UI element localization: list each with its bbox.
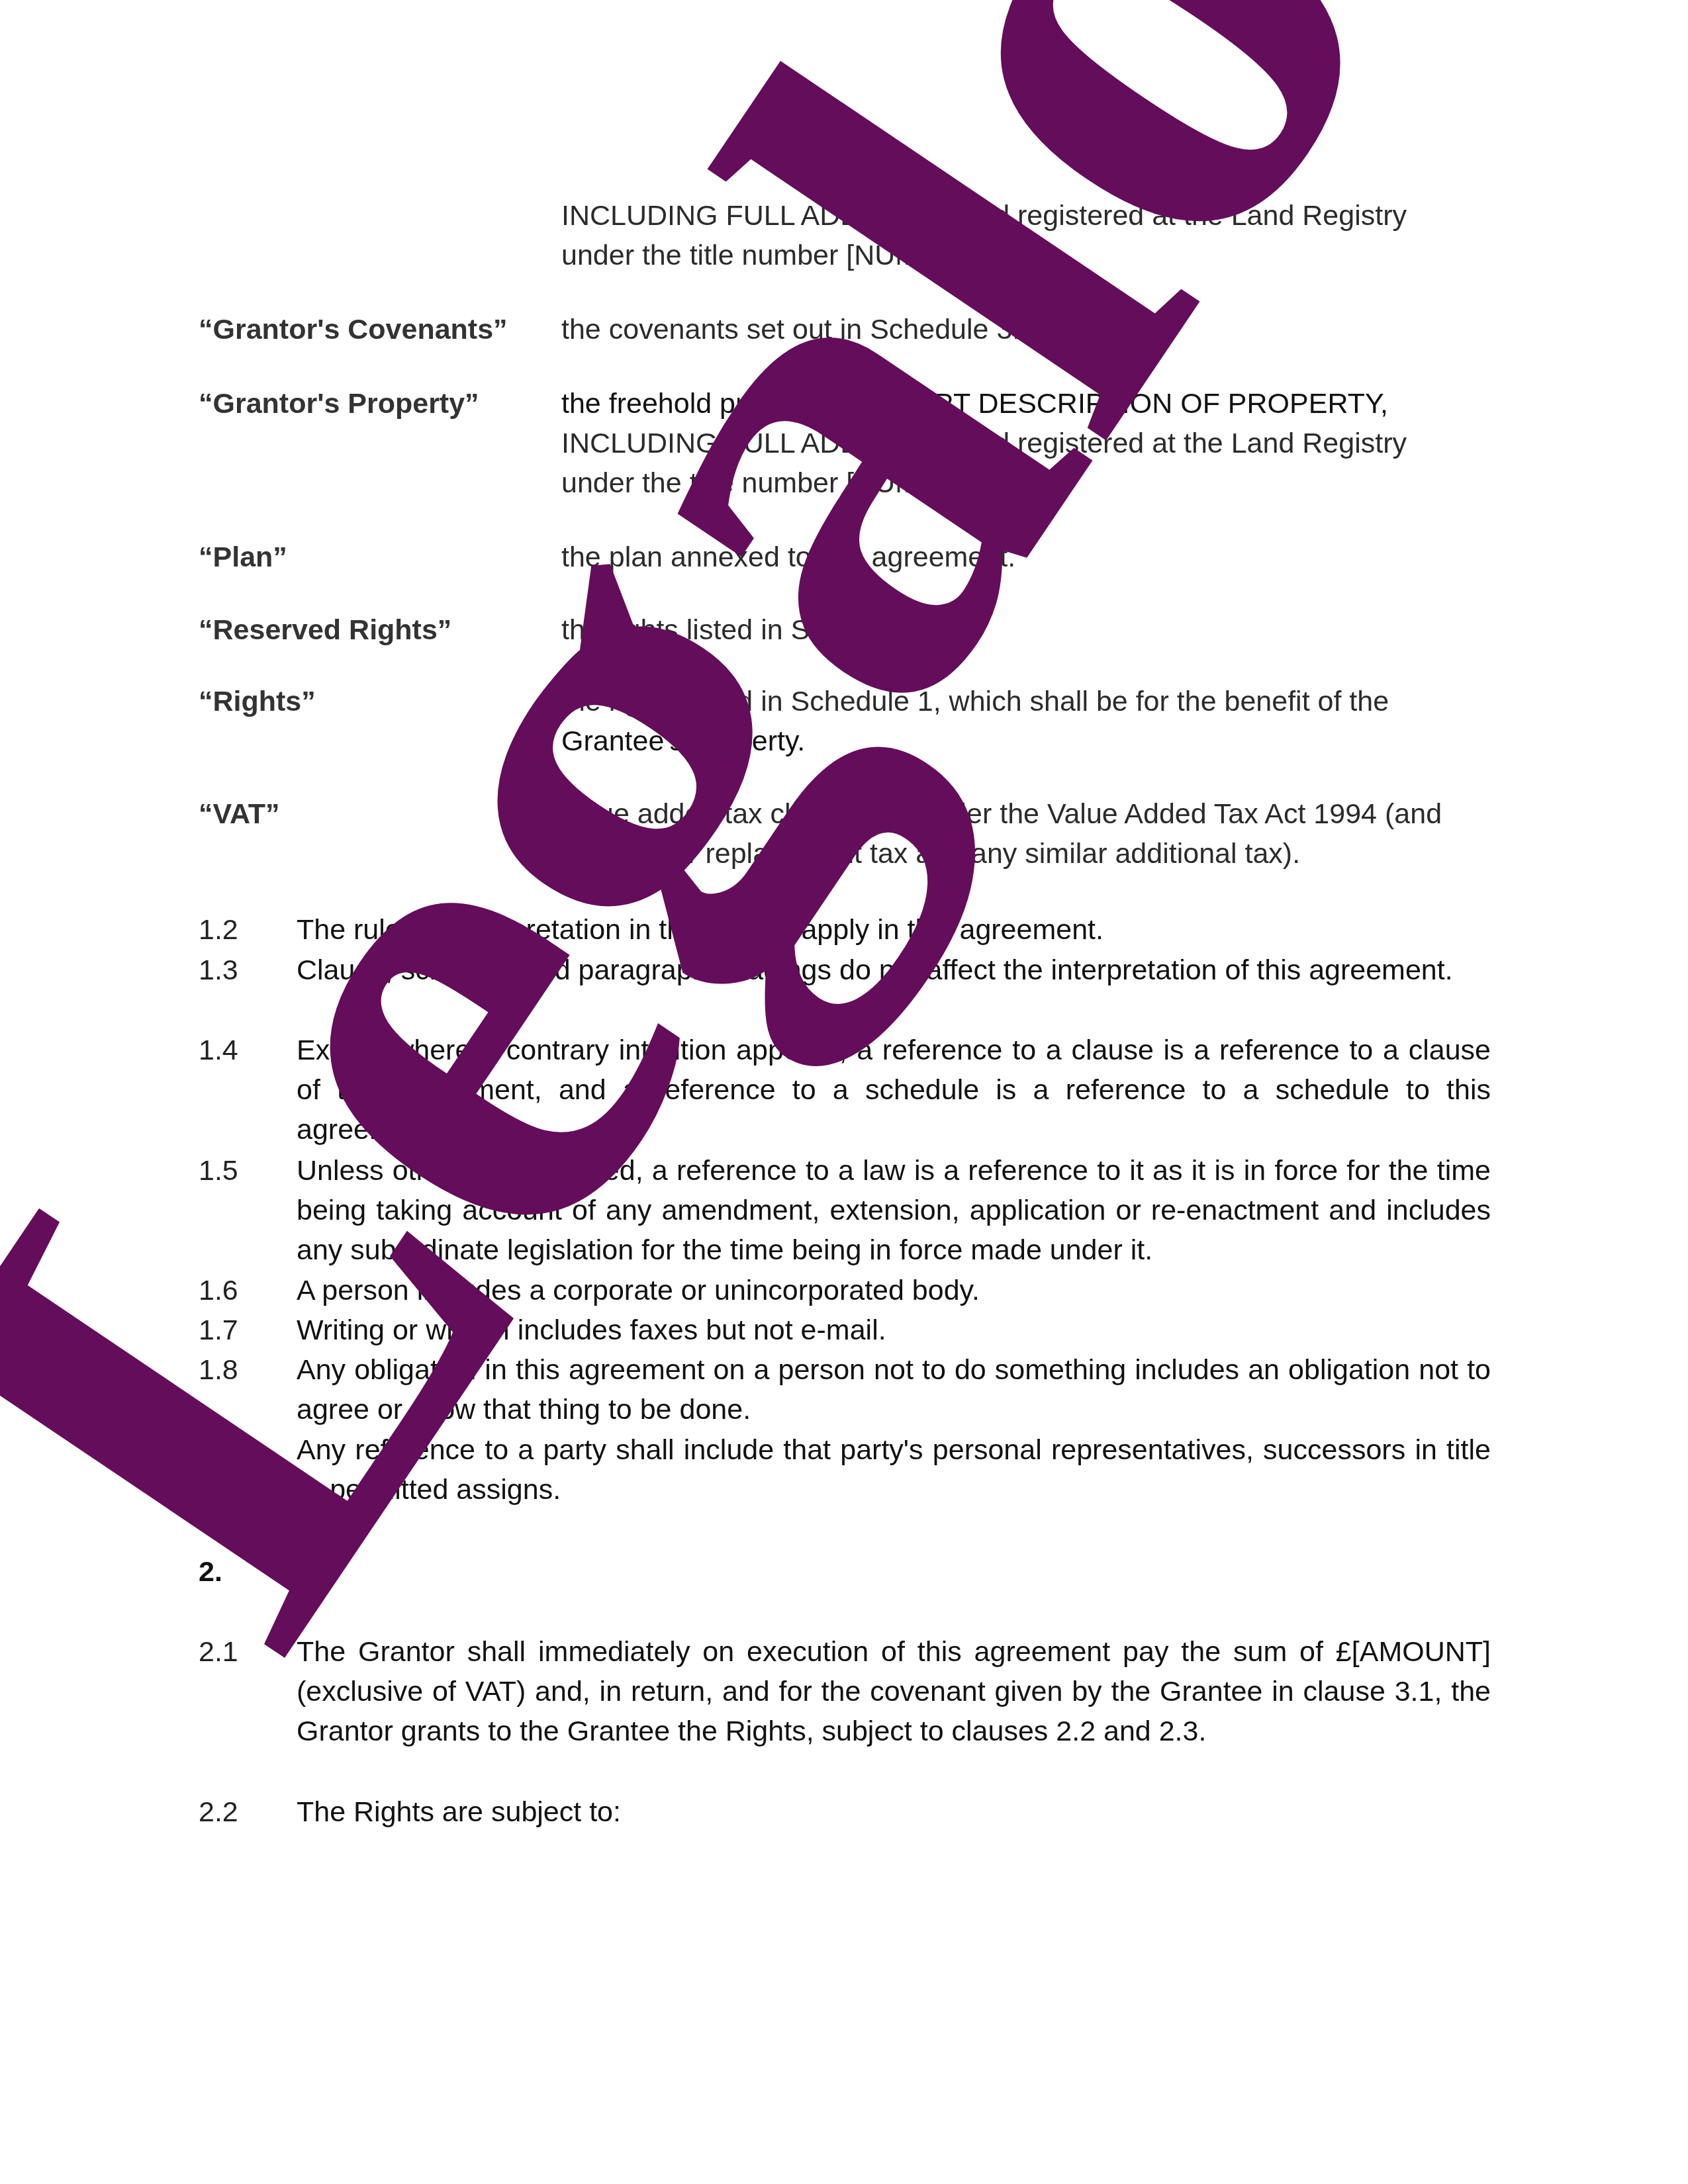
- definition-rights: the rights listed in Schedule 1, which s…: [561, 682, 1491, 761]
- section-title: G: [297, 1552, 318, 1592]
- definition-line: INCLUDING FULL ADDRESS] [and registered …: [561, 424, 1491, 463]
- definition-line: the rights listed in Schedule 1, which s…: [561, 682, 1491, 721]
- definition-line: the freehold property at [SHORT DESCRIPT…: [561, 384, 1491, 424]
- definition-line: INCLUDING FULL ADDRESS] [and registered …: [561, 196, 1491, 236]
- clause-number: 2.2: [199, 1792, 238, 1832]
- definition-term-grantors-covenants: “Grantor's Covenants”: [199, 310, 508, 349]
- clause-text: The Grantor shall immediately on executi…: [297, 1632, 1491, 1751]
- clause-text: Any obligation in this agreement on a pe…: [297, 1350, 1491, 1430]
- definition-continuation: INCLUDING FULL ADDRESS] [and registered …: [561, 196, 1491, 275]
- clause-text: Clause, schedule and paragraph headings …: [297, 950, 1491, 990]
- clause-number: 1.8: [199, 1350, 238, 1390]
- definition-line: under the title number [NUMBER]].: [561, 463, 1491, 503]
- clause-text: A person includes a corporate or unincor…: [297, 1271, 1491, 1310]
- definition-term-grantors-property: “Grantor's Property”: [199, 384, 479, 424]
- clause-text: Writing or written includes faxes but no…: [297, 1310, 1491, 1350]
- clause-number: 1.9: [199, 1430, 238, 1470]
- clause-number: 1.5: [199, 1151, 238, 1191]
- definition-term-plan: “Plan”: [199, 537, 287, 577]
- clause-number: 1.3: [199, 950, 238, 990]
- definition-line: any similar replacement tax and any simi…: [561, 834, 1491, 874]
- clause-number: 1.4: [199, 1030, 238, 1070]
- clause-text: Except where a contrary intention appear…: [297, 1030, 1491, 1150]
- clause-number: 1.7: [199, 1310, 238, 1350]
- clause-number: 1.6: [199, 1271, 238, 1310]
- clause-text: The rules of interpretation in this clau…: [297, 910, 1491, 950]
- section-number: 2.: [199, 1552, 222, 1592]
- definition-line: the plan annexed to this agreement.: [561, 537, 1491, 577]
- document-page: INCLUDING FULL ADDRESS] [and registered …: [0, 0, 1688, 2184]
- definition-term-reserved-rights: “Reserved Rights”: [199, 610, 451, 650]
- clause-text: Unless otherwise specified, a reference …: [297, 1151, 1491, 1270]
- clause-text: The Rights are subject to:: [297, 1792, 1491, 1832]
- clause-text: Any reference to a party shall include t…: [297, 1430, 1491, 1510]
- definition-term-rights: “Rights”: [199, 682, 316, 721]
- definition-vat: value added tax chargeable under the Val…: [561, 794, 1491, 874]
- definition-line: the covenants set out in Schedule 3.: [561, 310, 1491, 349]
- definition-grantors-covenants: the covenants set out in Schedule 3.: [561, 310, 1491, 349]
- definition-line: under the title number [NUMBER]].: [561, 236, 1491, 275]
- definition-reserved-rights: the rights listed in Schedule 2.: [561, 610, 1491, 650]
- definition-term-vat: “VAT”: [199, 794, 280, 834]
- definition-line: Grantee's Property.: [561, 721, 1491, 761]
- clause-number: 2.1: [199, 1632, 238, 1672]
- clause-number: 1.2: [199, 910, 238, 950]
- definition-plan: the plan annexed to this agreement.: [561, 537, 1491, 577]
- definition-grantors-property: the freehold property at [SHORT DESCRIPT…: [561, 384, 1491, 503]
- definition-line: value added tax chargeable under the Val…: [561, 794, 1491, 834]
- definition-line: the rights listed in Schedule 2.: [561, 610, 1491, 650]
